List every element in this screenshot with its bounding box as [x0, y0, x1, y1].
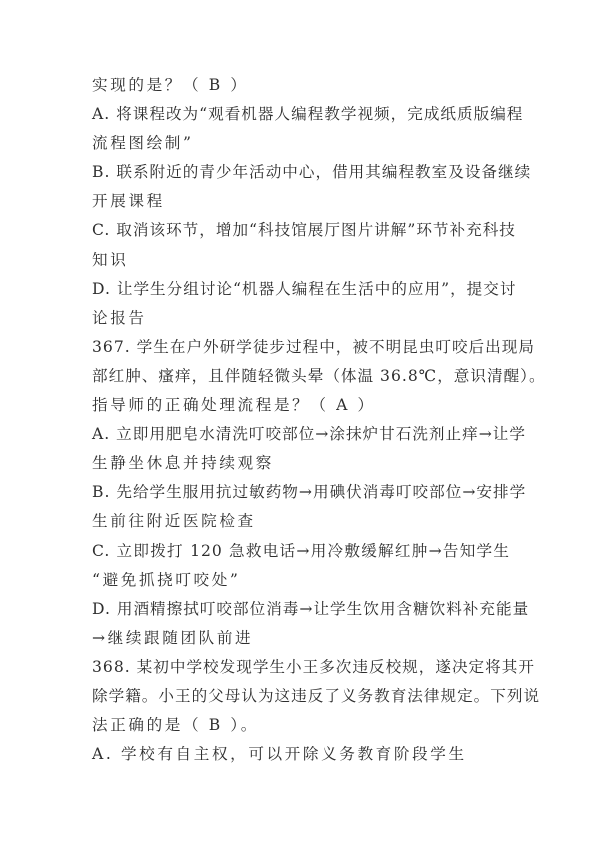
text-line: A. 将课程改为“观看机器人编程教学视频，完成纸质版编程 [92, 100, 510, 129]
text-line: 流程图绘制” [92, 129, 510, 158]
text-line: 367. 学生在户外研学徒步过程中，被不明昆虫叮咬后出现局 [92, 333, 510, 362]
text-line: C. 取消该环节，增加“科技馆展厅图片讲解”环节补充科技 [92, 216, 510, 245]
text-line: 论报告 [92, 304, 510, 333]
text-line: 知识 [92, 246, 510, 275]
text-line: 实现的是？（ B ） [92, 71, 510, 100]
text-line: 指导师的正确处理流程是？（ A ） [92, 391, 510, 420]
text-line: “避免抓挠叮咬处” [92, 566, 510, 595]
text-line: A. 立即用肥皂水清洗叮咬部位→涂抹炉甘石洗剂止痒→让学 [92, 420, 510, 449]
text-line: 开展课程 [92, 187, 510, 216]
text-line: A. 学校有自主权，可以开除义务教育阶段学生 [92, 740, 510, 769]
text-line: 除学籍。小王的父母认为这违反了义务教育法律规定。下列说 [92, 682, 510, 711]
text-line: 生前往附近医院检查 [92, 507, 510, 536]
text-line: C. 立即拨打 120 急救电话→用冷敷缓解红肿→告知学生 [92, 537, 510, 566]
text-line: →继续跟随团队前进 [92, 624, 510, 653]
text-line: D. 让学生分组讨论“机器人编程在生活中的应用”，提交讨 [92, 275, 510, 304]
text-line: 法正确的是（ B ）。 [92, 711, 510, 740]
text-line: 部红肿、瘙痒，且伴随轻微头晕（体温 36.8℃，意识清醒）。 [92, 362, 510, 391]
document-page: 实现的是？（ B ）A. 将课程改为“观看机器人编程教学视频，完成纸质版编程流程… [92, 71, 510, 769]
text-line: 368. 某初中学校发现学生小王多次违反校规，遂决定将其开 [92, 653, 510, 682]
text-line: D. 用酒精擦拭叮咬部位消毒→让学生饮用含糖饮料补充能量 [92, 595, 510, 624]
text-line: B. 联系附近的青少年活动中心，借用其编程教室及设备继续 [92, 158, 510, 187]
text-line: B. 先给学生服用抗过敏药物→用碘伏消毒叮咬部位→安排学 [92, 478, 510, 507]
text-line: 生静坐休息并持续观察 [92, 449, 510, 478]
